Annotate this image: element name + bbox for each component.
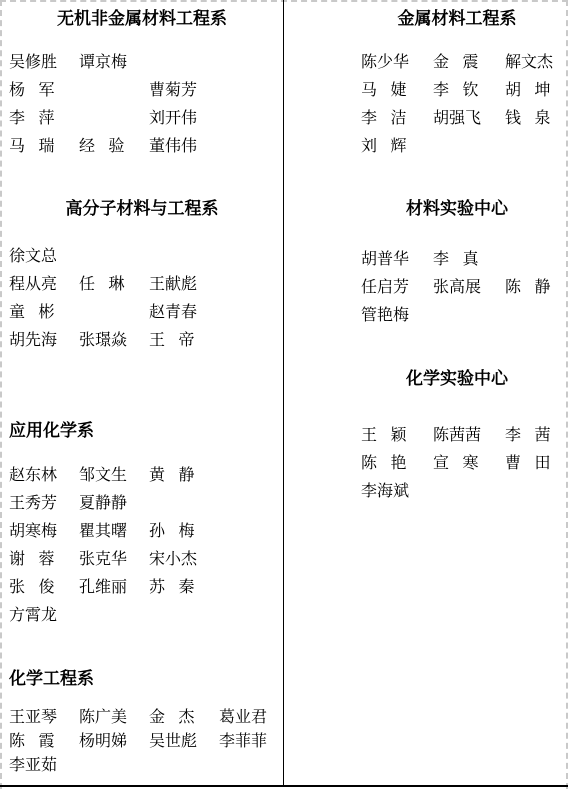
person-name: 管艳梅	[361, 302, 409, 330]
person-name: 陈茜茜	[433, 422, 481, 450]
name-row: 方霄龙	[1, 602, 283, 630]
person-name: 钱 泉	[505, 105, 550, 133]
person-name: 经 验	[79, 133, 124, 161]
person-name: 宋小杰	[149, 546, 197, 574]
person-name: 马 瑞	[9, 133, 54, 161]
name-row: 谢 蓉张克华宋小杰	[1, 546, 283, 574]
name-rows: 赵东林邹文生黄 静王秀芳夏静静胡寒梅瞿其曙孙 梅谢 蓉张克华宋小杰张 俊孔维丽苏…	[1, 462, 283, 630]
person-name: 张璟焱	[79, 327, 127, 355]
person-name: 王献彪	[149, 271, 197, 299]
person-name: 孙 梅	[149, 518, 194, 546]
person-name: 王 帝	[149, 327, 194, 355]
person-name: 吴世彪	[149, 730, 197, 754]
section-title: 应用化学系	[1, 418, 283, 444]
bottom-border	[0, 785, 568, 787]
person-name: 陈 静	[505, 274, 550, 302]
section-metal-materials: 金属材料工程系 陈少华金 震解文杰马 婕李 钦胡 坤李 洁胡强飞钱 泉刘 辉	[284, 6, 567, 161]
person-name: 陈 霞	[9, 730, 54, 754]
name-row: 胡寒梅瞿其曙孙 梅	[1, 518, 283, 546]
person-name: 赵东林	[9, 462, 57, 490]
section-title: 化学工程系	[1, 666, 283, 692]
section-title: 无机非金属材料工程系	[1, 6, 283, 32]
section-title: 化学实验中心	[354, 366, 560, 392]
name-row: 童 彬赵青春	[1, 299, 283, 327]
section-title: 材料实验中心	[354, 196, 560, 222]
person-name: 李 钦	[433, 77, 478, 105]
name-row: 李海斌	[284, 478, 567, 506]
name-row: 王 颖陈茜茜李 茜	[284, 422, 567, 450]
document-page: 无机非金属材料工程系 吴修胜谭京梅杨 军曹菊芳李 萍刘开伟马 瑞经 验董伟伟 高…	[0, 0, 568, 789]
column-left: 无机非金属材料工程系 吴修胜谭京梅杨 军曹菊芳李 萍刘开伟马 瑞经 验董伟伟 高…	[1, 0, 283, 786]
section-inorganic-materials: 无机非金属材料工程系 吴修胜谭京梅杨 军曹菊芳李 萍刘开伟马 瑞经 验董伟伟	[1, 6, 283, 161]
person-name: 李 萍	[9, 105, 54, 133]
person-name: 董伟伟	[149, 133, 197, 161]
name-row: 吴修胜谭京梅	[1, 49, 283, 77]
name-row: 马 瑞经 验董伟伟	[1, 133, 283, 161]
name-rows: 王 颖陈茜茜李 茜陈 艳宣 寒曹 田李海斌	[284, 422, 567, 506]
section-applied-chemistry: 应用化学系 赵东林邹文生黄 静王秀芳夏静静胡寒梅瞿其曙孙 梅谢 蓉张克华宋小杰张…	[1, 418, 283, 630]
person-name: 夏静静	[79, 490, 127, 518]
person-name: 胡寒梅	[9, 518, 57, 546]
name-row: 陈 艳宣 寒曹 田	[284, 450, 567, 478]
person-name: 葛业君	[219, 706, 267, 730]
person-name: 邹文生	[79, 462, 127, 490]
person-name: 瞿其曙	[79, 518, 127, 546]
person-name: 张高展	[433, 274, 481, 302]
person-name: 任 琳	[79, 271, 124, 299]
person-name: 张 俊	[9, 574, 54, 602]
person-name: 王 颖	[361, 422, 406, 450]
name-row: 管艳梅	[284, 302, 567, 330]
name-row: 张 俊孔维丽苏 秦	[1, 574, 283, 602]
person-name: 刘开伟	[149, 105, 197, 133]
person-name: 李海斌	[361, 478, 409, 506]
name-row: 李 洁胡强飞钱 泉	[284, 105, 567, 133]
person-name: 王亚琴	[9, 706, 57, 730]
person-name: 胡强飞	[433, 105, 481, 133]
person-name: 胡普华	[361, 246, 409, 274]
person-name: 苏 秦	[149, 574, 194, 602]
person-name: 程从亮	[9, 271, 57, 299]
person-name: 杨明娣	[79, 730, 127, 754]
person-name: 方霄龙	[9, 602, 57, 630]
person-name: 谭京梅	[79, 49, 127, 77]
person-name: 李亚茹	[9, 754, 57, 778]
person-name: 谢 蓉	[9, 546, 54, 574]
column-right: 金属材料工程系 陈少华金 震解文杰马 婕李 钦胡 坤李 洁胡强飞钱 泉刘 辉 材…	[284, 0, 567, 786]
person-name: 赵青春	[149, 299, 197, 327]
person-name: 刘 辉	[361, 133, 406, 161]
person-name: 曹菊芳	[149, 77, 197, 105]
name-rows: 陈少华金 震解文杰马 婕李 钦胡 坤李 洁胡强飞钱 泉刘 辉	[284, 49, 567, 161]
name-row: 刘 辉	[284, 133, 567, 161]
name-row: 杨 军曹菊芳	[1, 77, 283, 105]
name-row: 徐文总	[1, 243, 283, 271]
person-name: 任启芳	[361, 274, 409, 302]
name-row: 程从亮任 琳王献彪	[1, 271, 283, 299]
section-materials-lab-center: 材料实验中心 胡普华李 真任启芳张高展陈 静管艳梅	[284, 196, 567, 330]
name-row: 胡先海张璟焱王 帝	[1, 327, 283, 355]
person-name: 李 洁	[361, 105, 406, 133]
person-name: 徐文总	[9, 243, 57, 271]
name-rows: 胡普华李 真任启芳张高展陈 静管艳梅	[284, 246, 567, 330]
name-row: 赵东林邹文生黄 静	[1, 462, 283, 490]
person-name: 孔维丽	[79, 574, 127, 602]
person-name: 陈少华	[361, 49, 409, 77]
person-name: 金 杰	[149, 706, 194, 730]
name-row: 任启芳张高展陈 静	[284, 274, 567, 302]
person-name: 吴修胜	[9, 49, 57, 77]
section-chemical-engineering: 化学工程系 王亚琴陈广美金 杰葛业君陈 霞杨明娣吴世彪李菲菲李亚茹	[1, 666, 283, 778]
person-name: 李 茜	[505, 422, 550, 450]
name-row: 胡普华李 真	[284, 246, 567, 274]
person-name: 陈广美	[79, 706, 127, 730]
person-name: 胡 坤	[505, 77, 550, 105]
person-name: 金 震	[433, 49, 478, 77]
name-row: 马 婕李 钦胡 坤	[284, 77, 567, 105]
name-row: 李 萍刘开伟	[1, 105, 283, 133]
person-name: 王秀芳	[9, 490, 57, 518]
name-row: 王秀芳夏静静	[1, 490, 283, 518]
person-name: 陈 艳	[361, 450, 406, 478]
section-polymer-materials: 高分子材料与工程系 徐文总程从亮任 琳王献彪童 彬赵青春胡先海张璟焱王 帝	[1, 196, 283, 355]
name-rows: 王亚琴陈广美金 杰葛业君陈 霞杨明娣吴世彪李菲菲李亚茹	[1, 706, 283, 778]
section-title: 金属材料工程系	[354, 6, 560, 32]
name-row: 陈 霞杨明娣吴世彪李菲菲	[1, 730, 283, 754]
person-name: 解文杰	[505, 49, 553, 77]
person-name: 宣 寒	[433, 450, 478, 478]
person-name: 李 真	[433, 246, 478, 274]
person-name: 曹 田	[505, 450, 550, 478]
person-name: 童 彬	[9, 299, 54, 327]
person-name: 张克华	[79, 546, 127, 574]
name-rows: 吴修胜谭京梅杨 军曹菊芳李 萍刘开伟马 瑞经 验董伟伟	[1, 49, 283, 161]
person-name: 黄 静	[149, 462, 194, 490]
name-row: 李亚茹	[1, 754, 283, 778]
person-name: 杨 军	[9, 77, 54, 105]
name-row: 王亚琴陈广美金 杰葛业君	[1, 706, 283, 730]
name-row: 陈少华金 震解文杰	[284, 49, 567, 77]
name-rows: 徐文总程从亮任 琳王献彪童 彬赵青春胡先海张璟焱王 帝	[1, 243, 283, 355]
person-name: 马 婕	[361, 77, 406, 105]
person-name: 胡先海	[9, 327, 57, 355]
section-chemistry-lab-center: 化学实验中心 王 颖陈茜茜李 茜陈 艳宣 寒曹 田李海斌	[284, 366, 567, 506]
section-title: 高分子材料与工程系	[1, 196, 283, 222]
person-name: 李菲菲	[219, 730, 267, 754]
